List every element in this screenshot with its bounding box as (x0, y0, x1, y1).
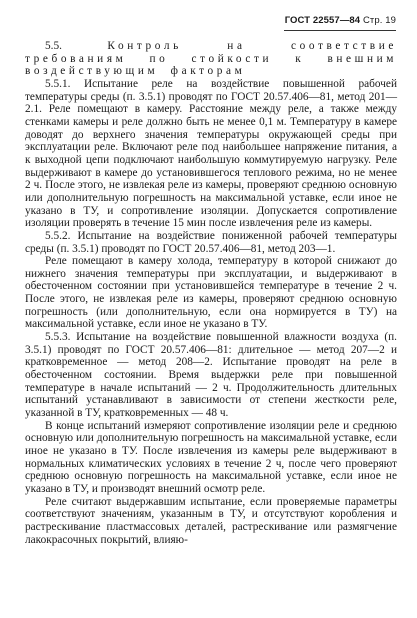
paragraph-5-5-1: 5.5.1. Испытание реле на воздействие пов… (25, 78, 397, 230)
paragraph-pass-criteria: Реле считают выдержавшим испытание, если… (25, 496, 397, 547)
section-number: 5.5. (45, 40, 62, 52)
header-rule (284, 30, 396, 31)
page-number: Стр. 19 (363, 15, 396, 26)
page-header: ГОСТ 22557—84 Стр. 19 (285, 15, 396, 26)
standard-number: ГОСТ 22557—84 (285, 15, 361, 26)
paragraph-cold-test: Реле помещают в камеру холода, температу… (25, 255, 397, 331)
section-heading: 5.5. Контроль на соответствие требования… (25, 40, 397, 78)
section-title: Контроль на соответствие требованиям по … (25, 40, 397, 77)
paragraph-end-of-test: В конце испытаний измеряют сопротивление… (25, 420, 397, 496)
document-body: 5.5. Контроль на соответствие требования… (25, 40, 397, 546)
paragraph-5-5-2: 5.5.2. Испытание на воздействие пониженн… (25, 230, 397, 255)
paragraph-5-5-3: 5.5.3. Испытание на воздействие повышенн… (25, 331, 397, 420)
